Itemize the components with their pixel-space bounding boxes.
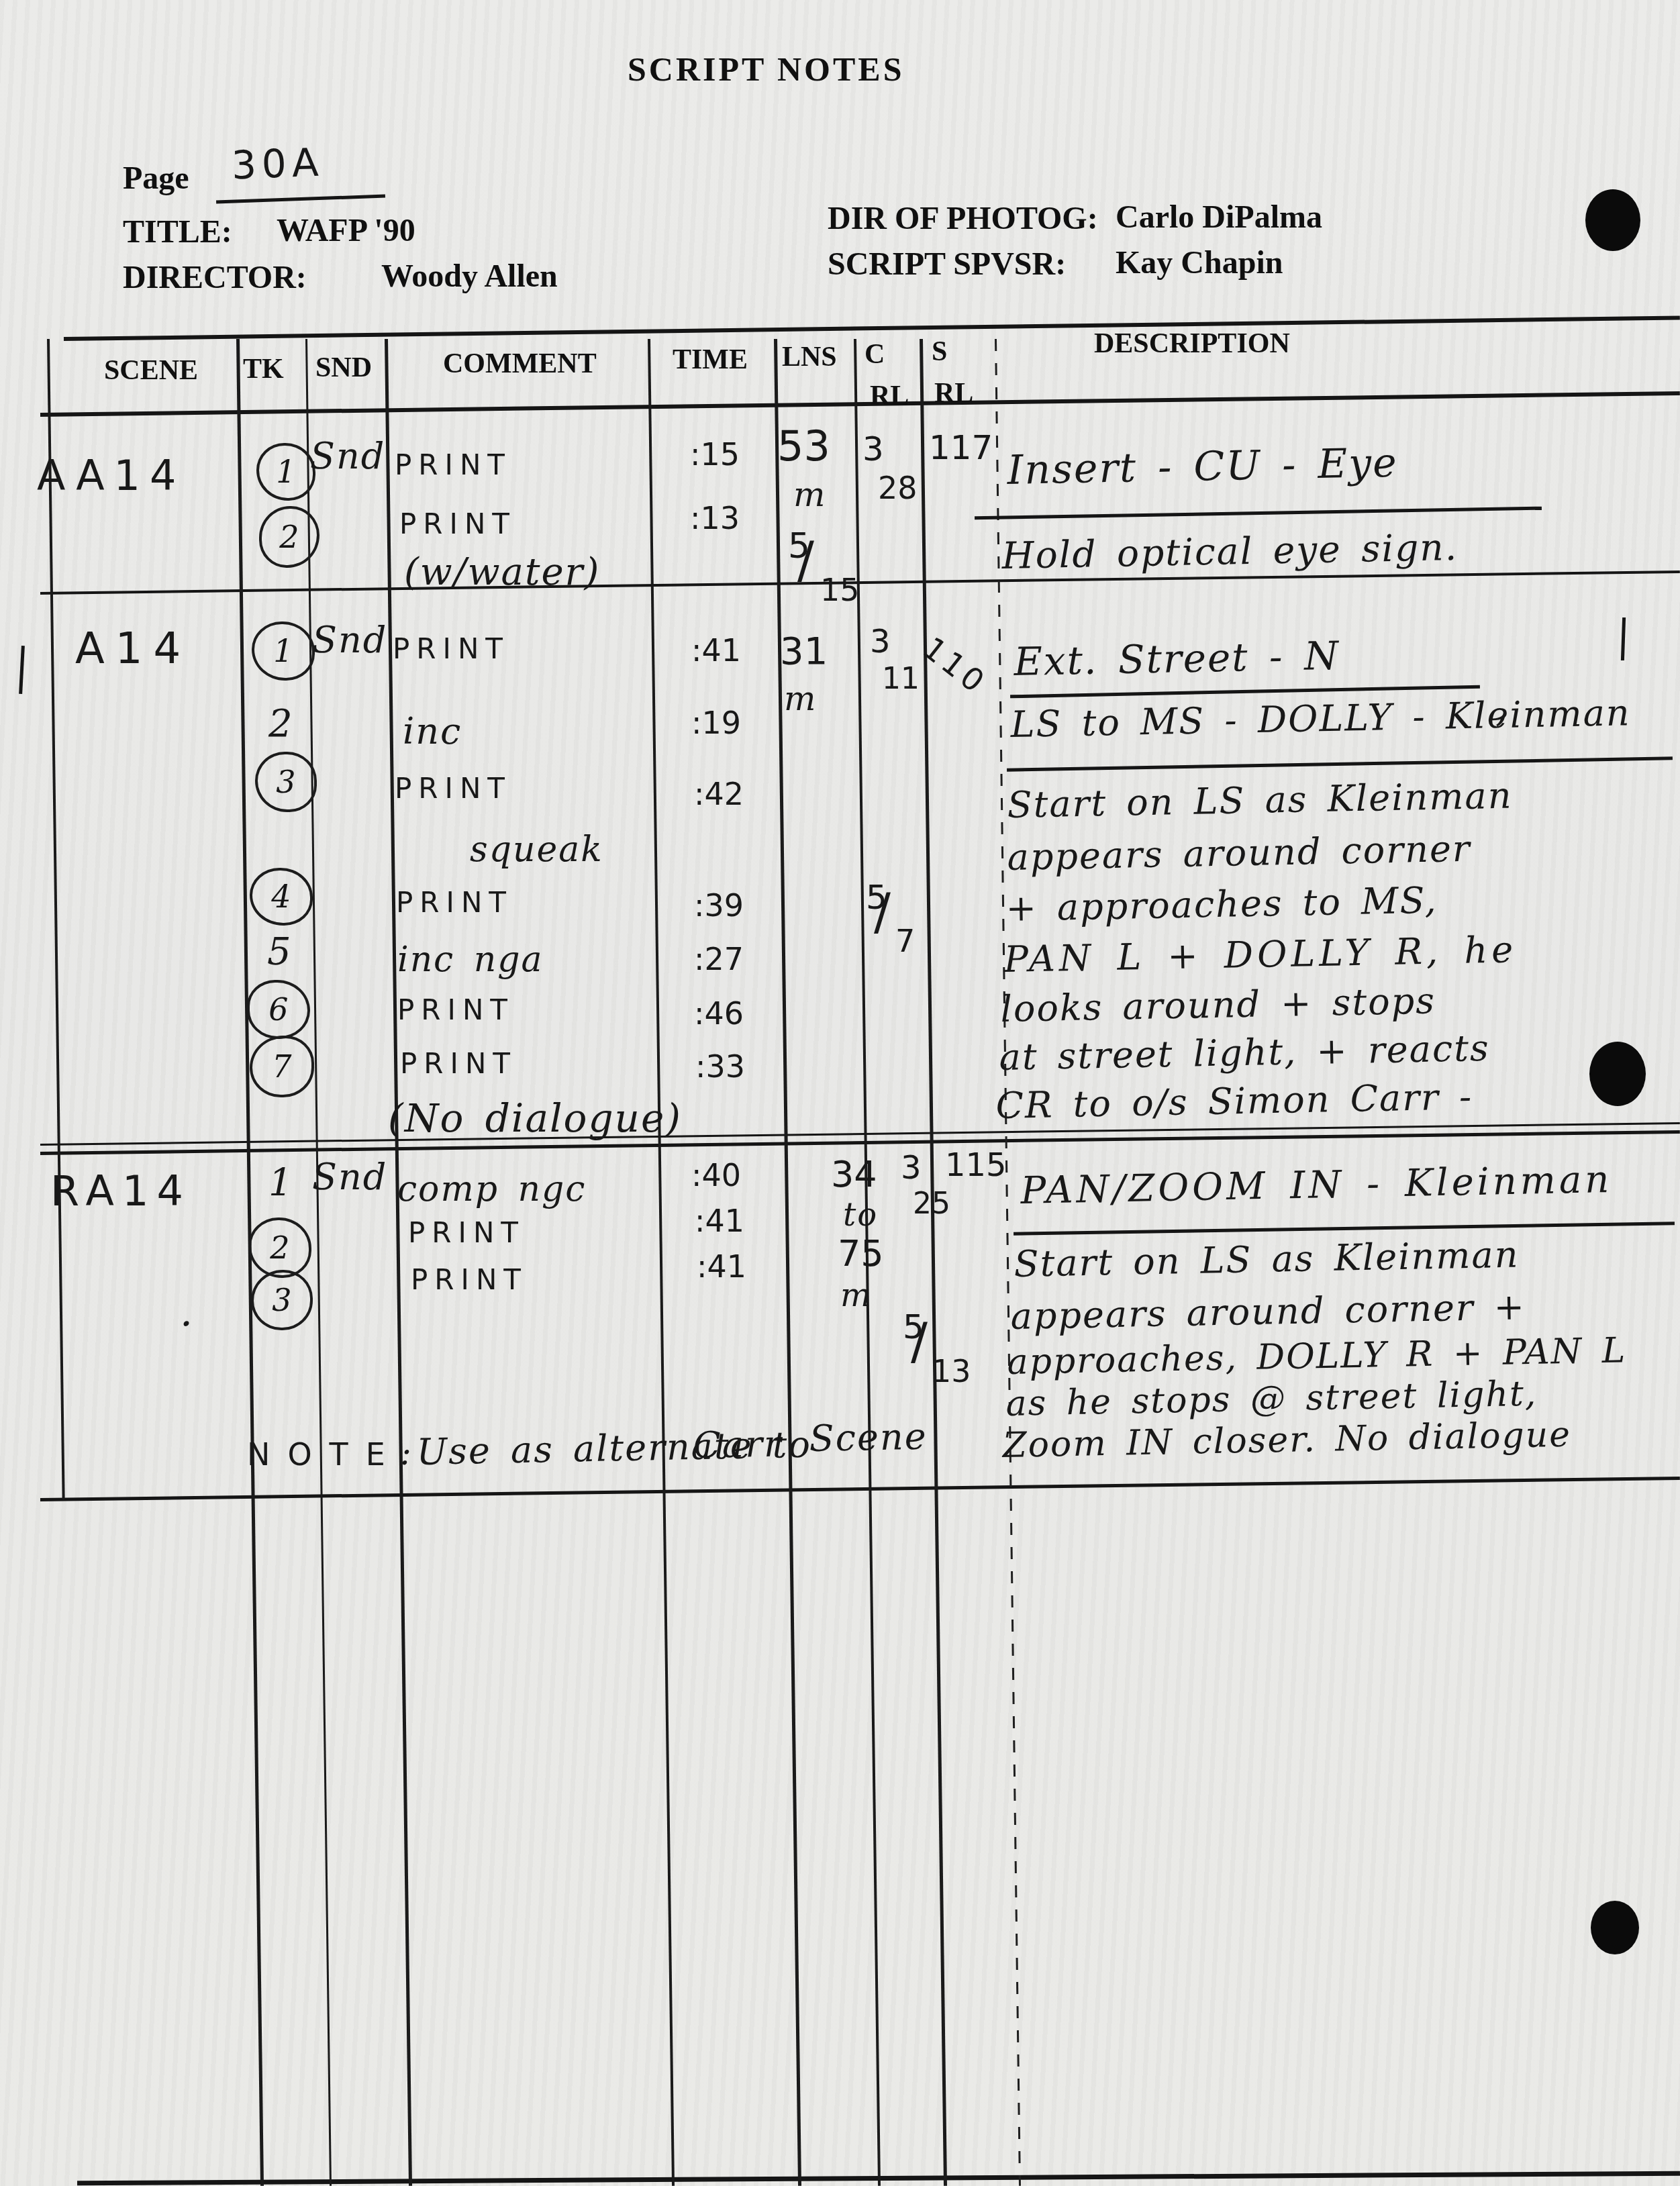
hole-punch-bottom xyxy=(1591,1901,1639,1954)
column-header-s: S xyxy=(932,336,947,368)
take-number: 2 xyxy=(270,1230,289,1266)
sound-cell: Snd xyxy=(310,435,385,477)
comment-extra: (w/water) xyxy=(404,550,600,594)
note-separator: : xyxy=(400,1434,413,1473)
header-bottom-rule xyxy=(40,391,1680,417)
script-notes-sheet: SCRIPT NOTES Page 30A TITLE: WAFP '90 DI… xyxy=(0,0,1680,2186)
photog-label: DIR OF PHOTOG: xyxy=(828,200,1098,237)
lns-unit: m xyxy=(793,475,826,514)
scene-cell: RA14 xyxy=(50,1166,191,1215)
time-cell: :40 xyxy=(691,1157,741,1193)
hole-punch-top xyxy=(1585,189,1640,251)
comment-cell: PRINT xyxy=(396,886,513,919)
take-circle: 2 xyxy=(259,506,319,568)
take-number: 2 xyxy=(279,519,299,555)
description-line: Start on LS as Kleinman xyxy=(1014,1234,1520,1285)
description-line: looks around + stops xyxy=(1000,980,1436,1030)
comment-cell: PRINT xyxy=(408,1216,525,1249)
time-cell: :33 xyxy=(695,1048,745,1085)
camera-roll-num: 3 xyxy=(901,1149,922,1187)
time-cell: :27 xyxy=(694,941,744,977)
col-line-c-s xyxy=(920,339,947,2186)
hole-punch-middle xyxy=(1589,1042,1646,1106)
comment-cell: PRINT xyxy=(400,1047,517,1080)
time-cell: :41 xyxy=(695,1203,744,1239)
column-header-scene: SCENE xyxy=(104,354,198,387)
take-circle: 3 xyxy=(251,1270,313,1330)
scene-punctuation: . xyxy=(180,1289,194,1336)
description-line: Start on LS as Kleinman xyxy=(1007,775,1513,826)
scene-cell: AA14 xyxy=(37,451,185,500)
comment-cell: PRINT xyxy=(393,632,509,665)
description-line: PAN L + DOLLY R, he xyxy=(1003,928,1518,981)
time-cell: :13 xyxy=(690,500,740,536)
stray-tick-mark xyxy=(1621,617,1626,660)
camera-roll-den: 28 xyxy=(878,470,918,506)
comment-cell: PRINT xyxy=(399,507,516,540)
slate-heading: Ext. Street - N xyxy=(1014,633,1340,685)
description-line: CR to o/s Simon Carr - xyxy=(995,1075,1473,1127)
take-number: 3 xyxy=(276,764,295,800)
description-line: + approaches to MS, xyxy=(1005,879,1438,930)
sound-roll: 115 xyxy=(945,1146,1007,1184)
column-header-snd: SND xyxy=(315,352,372,384)
fraction-slash: / xyxy=(797,532,814,589)
lns-to: to xyxy=(843,1196,878,1234)
take-circle: 1 xyxy=(252,622,315,681)
lns-footage: 53 xyxy=(777,421,830,470)
take-number: 6 xyxy=(268,991,288,1028)
sound-roll: 117 xyxy=(929,428,993,467)
camera-roll2-den: 7 xyxy=(895,923,915,959)
time-cell: :42 xyxy=(694,776,744,812)
lns-unit: m xyxy=(784,679,817,718)
comment-cell: PRINT xyxy=(395,448,511,481)
supervisor-label: SCRIPT SPVSR: xyxy=(828,246,1066,283)
column-header-time: TIME xyxy=(673,344,748,376)
camera-roll2-den: 13 xyxy=(932,1353,971,1389)
col-line-snd-comment xyxy=(385,339,412,2186)
comment-cell: PRINT xyxy=(397,993,514,1026)
comment-cell: inc nga xyxy=(397,940,544,980)
photog-value: Carlo DiPalma xyxy=(1116,199,1322,236)
col-line-time-lns xyxy=(774,339,801,2186)
supervisor-value: Kay Chapin xyxy=(1116,244,1283,281)
fraction-slash: / xyxy=(874,883,891,941)
note-word-carr: Carr xyxy=(693,1422,783,1467)
take-circle: 3 xyxy=(255,752,317,812)
take-circle: 7 xyxy=(250,1036,314,1097)
comment-cell: comp ngc xyxy=(397,1169,586,1209)
column-header-description: DESCRIPTION xyxy=(1094,328,1290,360)
page-number-value: 30A xyxy=(231,140,325,189)
column-header-tk: TK xyxy=(243,353,284,385)
title-value: WAFP '90 xyxy=(277,212,415,249)
take-number: 3 xyxy=(272,1282,291,1318)
col-line-comment-time xyxy=(648,339,675,2186)
page-number-underline xyxy=(216,195,385,204)
column-header-s-rl: RL xyxy=(934,377,973,409)
director-value: Woody Allen xyxy=(381,258,558,295)
stray-margin-mark xyxy=(19,646,25,694)
column-header-lns: LNS xyxy=(782,341,837,373)
time-cell: :15 xyxy=(690,436,740,473)
sound-cell: Snd xyxy=(312,619,387,661)
take-number: 2 xyxy=(268,702,294,746)
table-bottom-rule xyxy=(40,1477,1680,1501)
page-label: Page xyxy=(123,160,189,197)
slate-heading: LS to MS - DOLLY - Kleinman xyxy=(1010,691,1631,746)
column-header-c-rl: RL xyxy=(870,380,909,412)
time-cell: :41 xyxy=(697,1248,746,1285)
time-cell: :19 xyxy=(691,705,741,741)
slate-heading: PAN/ZOOM IN - Kleinman xyxy=(1020,1158,1613,1213)
lns-footage: 31 xyxy=(780,630,828,673)
comment-cell: PRINT xyxy=(411,1263,528,1296)
table-top-rule xyxy=(64,315,1680,341)
lns-unit: m xyxy=(840,1277,873,1314)
take-number: 4 xyxy=(271,879,291,915)
fraction-slash: / xyxy=(911,1313,928,1371)
comment-cell: PRINT xyxy=(395,772,511,805)
take-number: 1 xyxy=(273,633,293,669)
title-label: TITLE: xyxy=(123,213,232,250)
description-line: appears around corner + xyxy=(1010,1285,1526,1338)
lns-footage2: 75 xyxy=(838,1232,884,1275)
camera-roll-den: 25 xyxy=(913,1187,950,1221)
take-circle: 6 xyxy=(247,980,310,1039)
take-number: 5 xyxy=(267,930,293,974)
take-number: 1 xyxy=(268,1161,294,1205)
slate-underline xyxy=(975,507,1542,520)
time-cell: :41 xyxy=(691,632,741,668)
note-label: NOTE xyxy=(247,1436,403,1473)
take-circle: 2 xyxy=(248,1218,311,1278)
lns-extra-den: 15 xyxy=(820,572,860,608)
take-circle: 4 xyxy=(250,868,313,926)
sound-cell: Snd xyxy=(312,1156,387,1198)
column-header-comment: COMMENT xyxy=(443,348,597,380)
take-number: 7 xyxy=(272,1048,291,1085)
description-line: appears around corner xyxy=(1007,828,1471,879)
form-title: SCRIPT NOTES xyxy=(628,50,904,89)
row-divider-1 xyxy=(40,570,1680,595)
lns-footage: 34 xyxy=(831,1153,877,1195)
col-line-tk-snd xyxy=(305,339,332,2186)
description-line: Hold optical eye sign. xyxy=(1001,526,1459,577)
comment-cell: inc xyxy=(403,710,462,752)
take-circle: 1 xyxy=(256,443,315,501)
note-word-scene: Scene xyxy=(809,1415,928,1460)
take-number: 1 xyxy=(276,454,295,490)
camera-roll-num: 3 xyxy=(862,430,884,468)
slate-underline xyxy=(1007,756,1673,771)
column-header-c: C xyxy=(864,338,885,370)
time-cell: :46 xyxy=(694,995,744,1032)
time-cell: :39 xyxy=(694,887,744,924)
camera-roll-num: 3 xyxy=(870,623,891,660)
director-label: DIRECTOR: xyxy=(123,259,307,296)
comment-cell: squeak xyxy=(470,830,603,870)
slate-heading: Insert - CU - Eye xyxy=(1007,440,1398,494)
description-line: at street light, + reacts xyxy=(999,1027,1490,1079)
col-line-left-border xyxy=(47,339,65,1500)
sound-roll: 110 xyxy=(916,630,995,702)
scene-cell: A14 xyxy=(75,624,191,674)
camera-roll-den: 11 xyxy=(882,662,920,696)
comment-extra: (No dialogue) xyxy=(388,1095,682,1141)
slate-underline xyxy=(1014,1222,1675,1235)
